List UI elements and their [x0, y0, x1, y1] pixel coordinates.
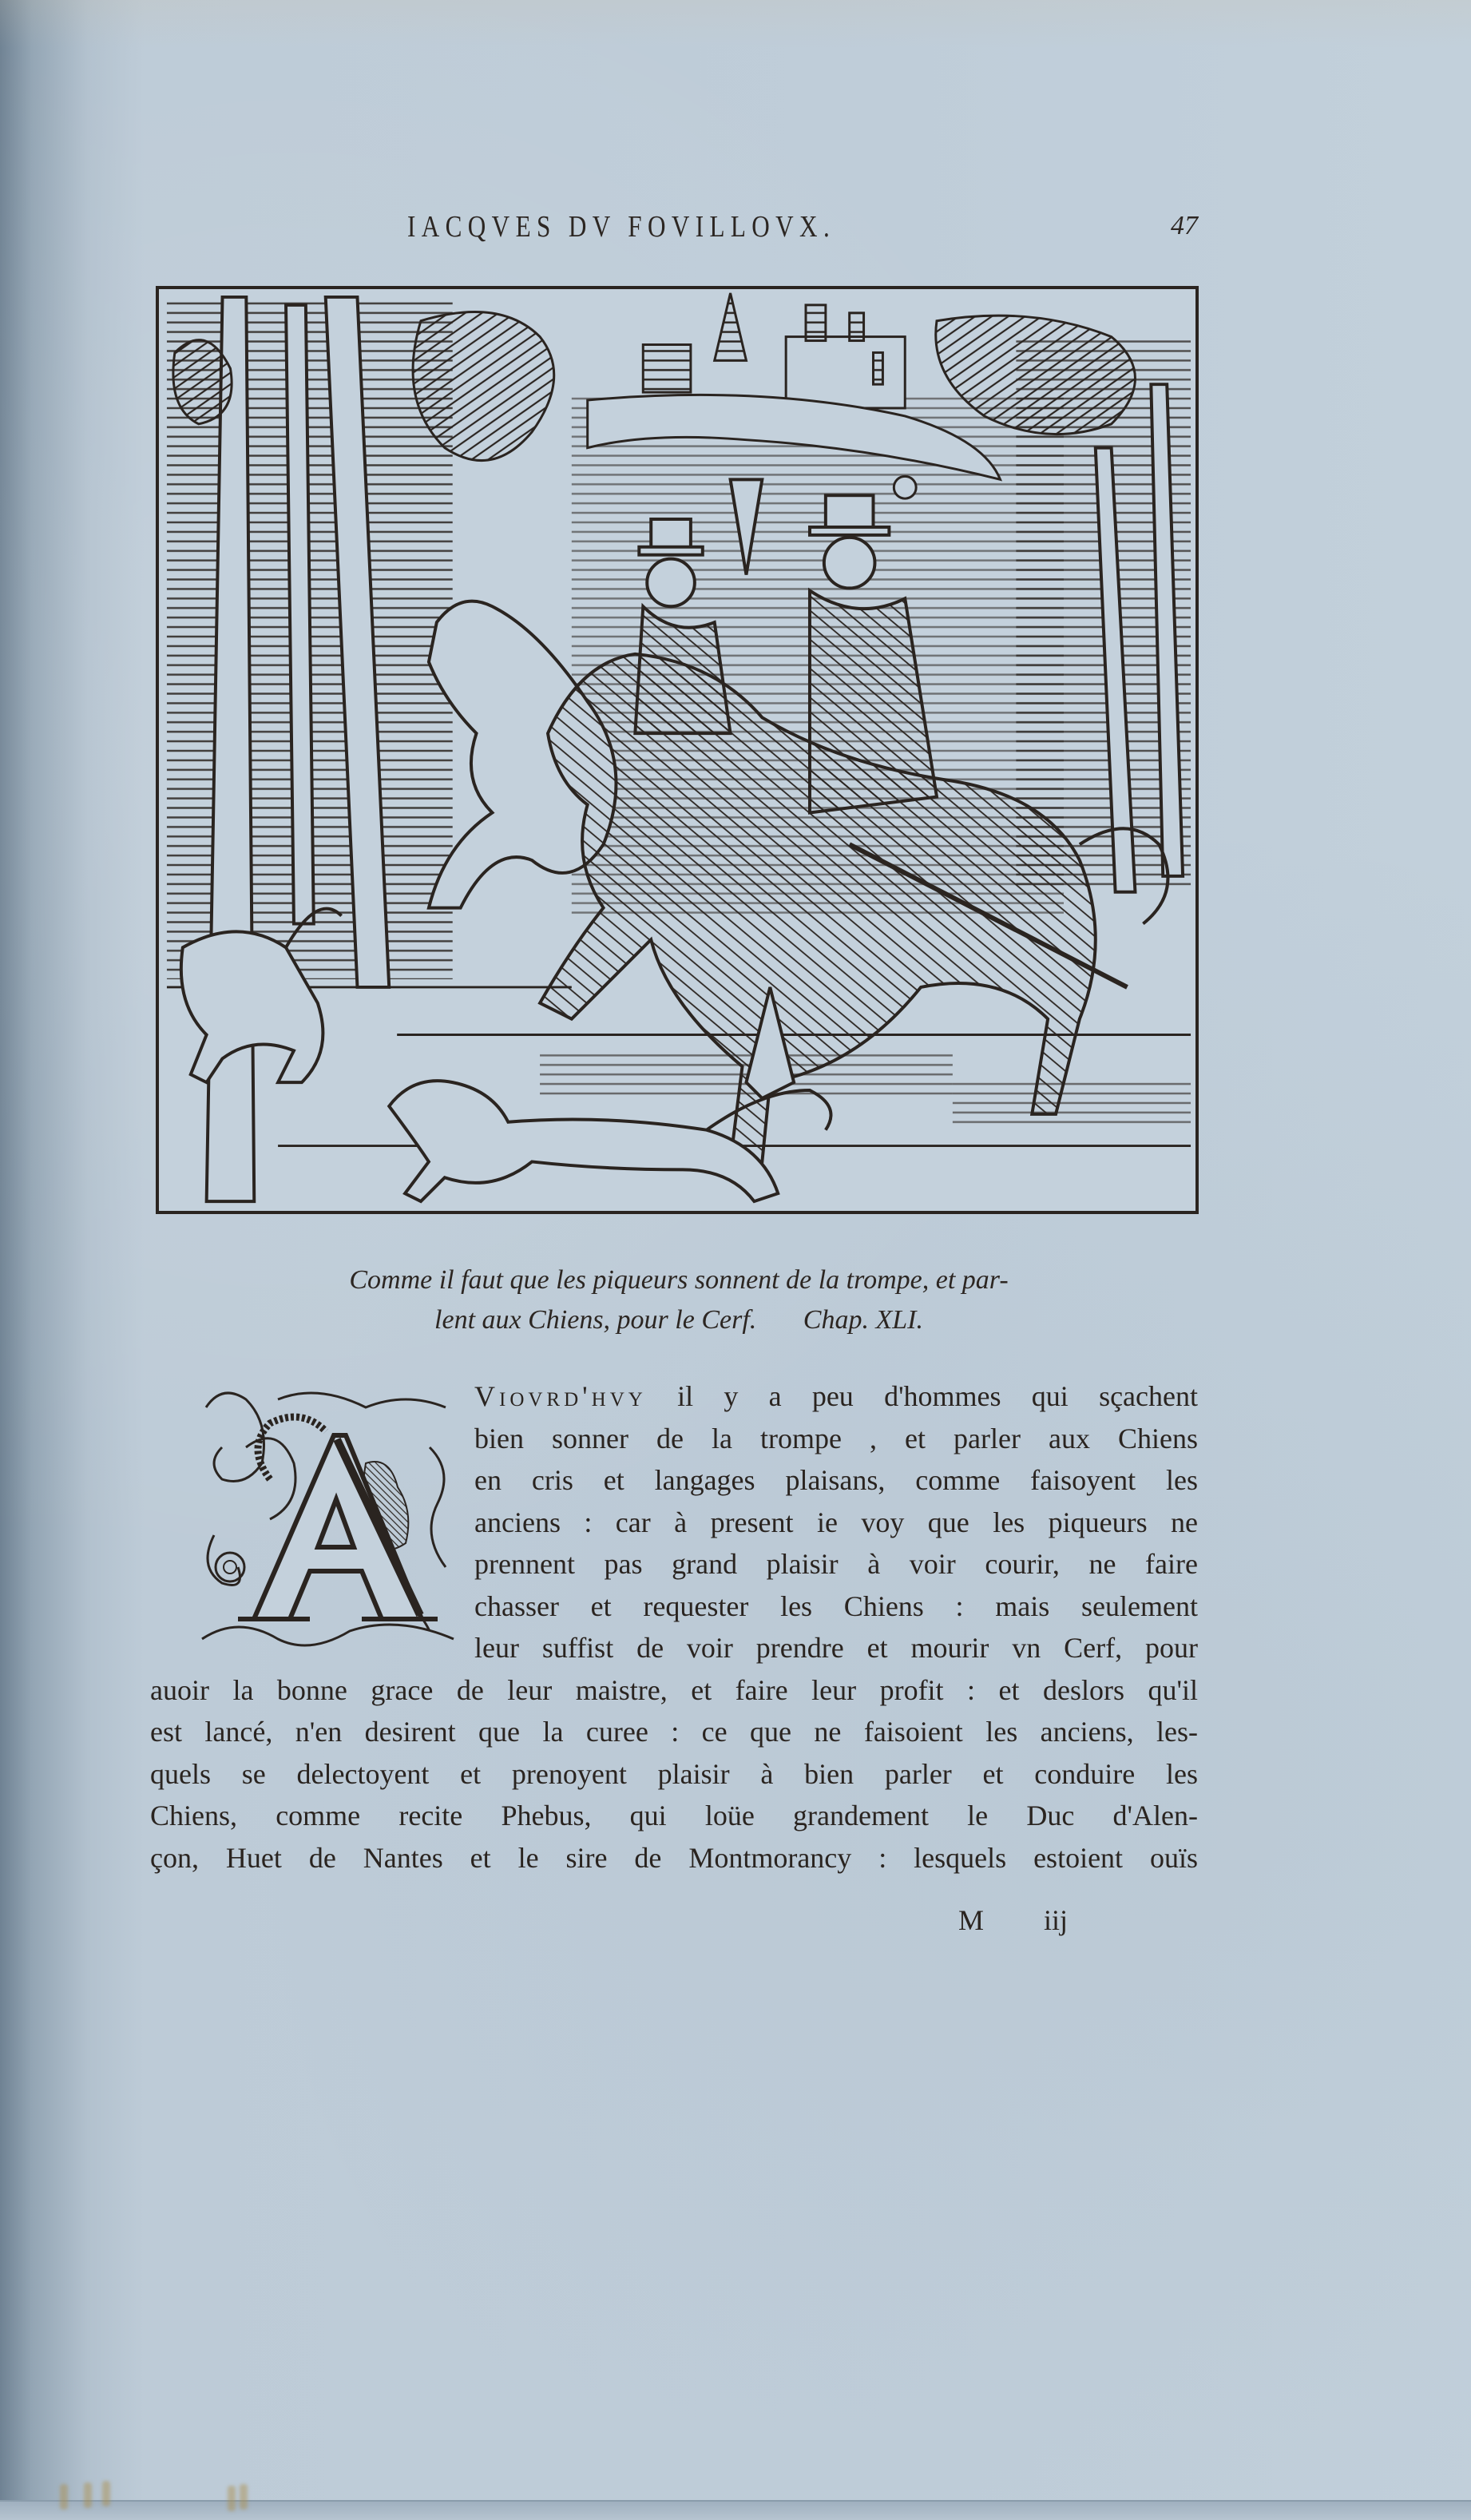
text-line-10: quels se delectoyent et prenoyent plaisi… [150, 1753, 1198, 1796]
caption-line-2-text: lent aux Chiens, pour le Cerf. [434, 1305, 756, 1335]
foxing-stain [60, 2484, 68, 2510]
text-line-7: leur suffist de voir prendre et mourir v… [474, 1627, 1198, 1669]
caption-line-2: lent aux Chiens, pour le Cerf. Chap. XLI… [256, 1300, 1102, 1340]
foxing-stain [102, 2481, 110, 2506]
opening-words: Viovrd'hvy [474, 1380, 647, 1412]
text-line-11: Chiens, comme recite Phebus, qui loüe gr… [150, 1795, 1198, 1837]
text-line-1: Viovrd'hvy il y a peu d'hommes qui sçach… [474, 1375, 1198, 1418]
foxing-stain [240, 2484, 248, 2510]
caption-line-1: Comme il faut que les piqueurs sonnent d… [256, 1260, 1102, 1300]
text-line-5: prennent pas grand plaisir à voir courir… [474, 1543, 1198, 1585]
text-line-4: anciens : car à present ie voy que les p… [474, 1502, 1198, 1544]
text-line-12: çon, Huet de Nantes et le sire de Montmo… [150, 1837, 1198, 1879]
text-line-3: en cris et langages plaisans, comme fais… [474, 1459, 1198, 1502]
figure-caption: Comme il faut que les piqueurs sonnent d… [256, 1260, 1102, 1340]
text-line-2: bien sonner de la trompe , et parler aux… [474, 1418, 1198, 1460]
page-bottom-edge [0, 2500, 1471, 2520]
woodcut-illustration [156, 286, 1199, 1214]
text-line-9: est lancé, n'en desirent que la curee : … [150, 1711, 1198, 1753]
signature-mark: M iij [958, 1903, 1068, 1937]
text-line-8: auoir la bonne grace de leur maistre, et… [150, 1669, 1198, 1712]
text-line-6: chasser et requester les Chiens : mais s… [474, 1585, 1198, 1628]
hunting-scene-icon [159, 289, 1195, 1211]
chapter-number: Chap. XLI. [803, 1305, 923, 1335]
running-title: IACQVES DV FOVILLOVX. [407, 209, 835, 244]
page-number: 47 [1171, 211, 1198, 241]
foxing-stain [84, 2482, 92, 2508]
foxing-stain [228, 2486, 236, 2511]
running-head: IACQVES DV FOVILLOVX. 47 [407, 209, 1198, 249]
signature-numeral: iij [1044, 1904, 1068, 1936]
signature-letter: M [958, 1904, 984, 1936]
body-text: Viovrd'hvy il y a peu d'hommes qui sçach… [150, 1375, 1198, 1879]
